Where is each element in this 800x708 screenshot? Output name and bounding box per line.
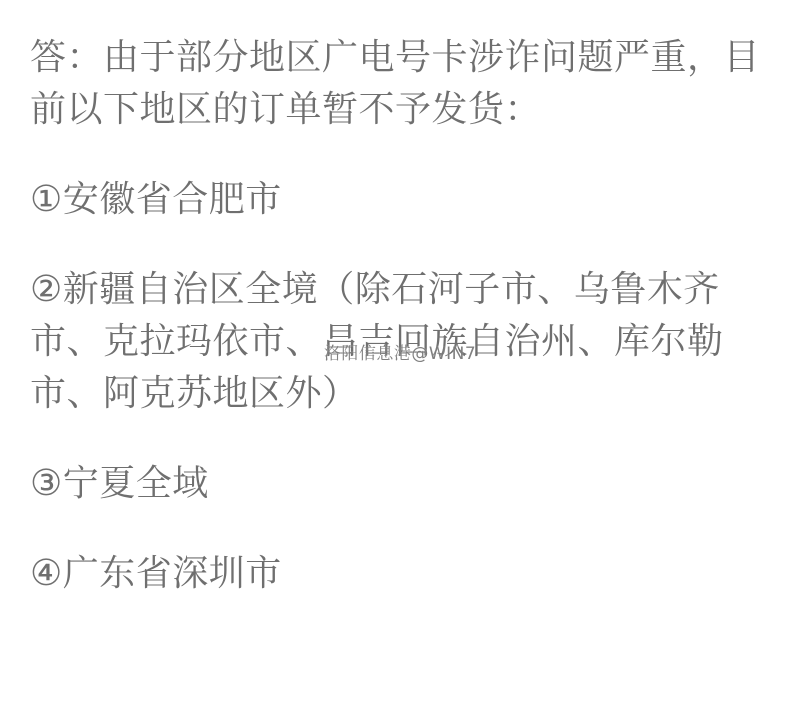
answer-screenshot-page: 答：由于部分地区广电号卡涉诈问题严重，目前以下地区的订单暂不予发货： ①安徽省合… [0, 0, 800, 708]
region-item-ningxia: ③宁夏全域 [30, 458, 772, 510]
region-item-anhui: ①安徽省合肥市 [30, 174, 772, 226]
answer-intro: 答：由于部分地区广电号卡涉诈问题严重，目前以下地区的订单暂不予发货： [30, 32, 772, 136]
region-item-xinjiang: ②新疆自治区全境（除石河子市、乌鲁木齐市、克拉玛依市、昌吉回族自治州、库尔勒市、… [30, 264, 772, 420]
answer-text-block: 答：由于部分地区广电号卡涉诈问题严重，目前以下地区的订单暂不予发货： ①安徽省合… [0, 0, 800, 638]
region-item-shenzhen: ④广东省深圳市 [30, 548, 772, 600]
